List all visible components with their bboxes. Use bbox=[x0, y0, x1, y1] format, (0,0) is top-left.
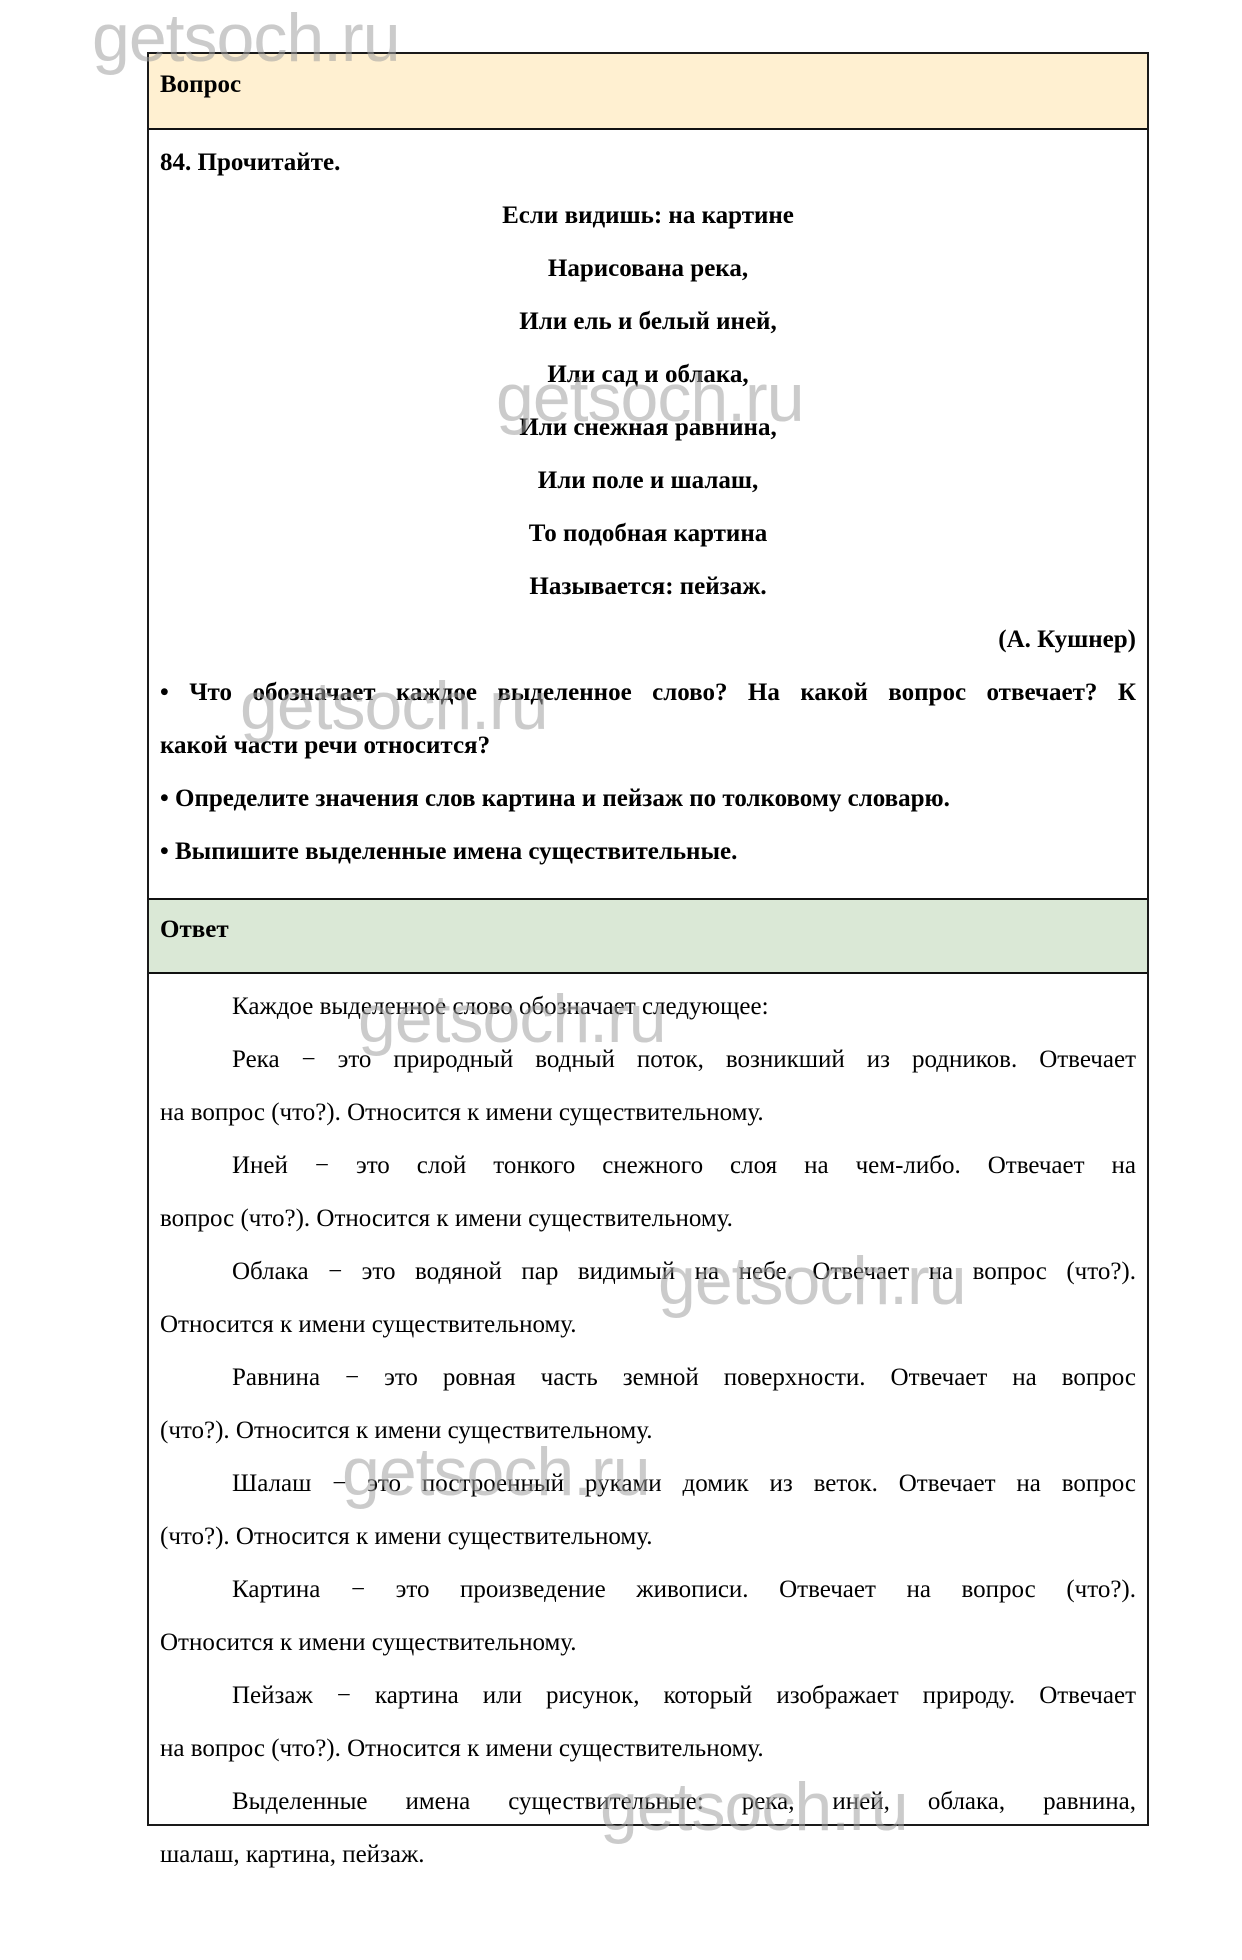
answer-header: Ответ bbox=[149, 898, 1147, 974]
answer-paragraph-oblaka-cont: Относится к имени существительному. bbox=[160, 1298, 1136, 1351]
answer-paragraph-kartina-cont: Относится к имени существительному. bbox=[160, 1616, 1136, 1669]
answer-summary-cont: шалаш, картина, пейзаж. bbox=[160, 1828, 1136, 1881]
answer-intro: Каждое выделенное слово обозначает следу… bbox=[160, 980, 1136, 1033]
answer-paragraph-iney: Иней − это слой тонкого снежного слоя на… bbox=[160, 1139, 1136, 1192]
answer-paragraph-iney-cont: вопрос (что?). Относится к имени существ… bbox=[160, 1192, 1136, 1245]
answer-paragraph-peyzazh: Пейзаж − картина или рисунок, который из… bbox=[160, 1669, 1136, 1722]
question-header-label: Вопрос bbox=[160, 71, 241, 99]
answer-paragraph-kartina: Картина − это произведение живописи. Отв… bbox=[160, 1563, 1136, 1616]
poem-line: Или сад и облака, bbox=[160, 348, 1136, 401]
poem-line: Или поле и шалаш, bbox=[160, 454, 1136, 507]
answer-paragraph-peyzazh-cont: на вопрос (что?). Относится к имени суще… bbox=[160, 1722, 1136, 1775]
poem-line: То подобная картина bbox=[160, 507, 1136, 560]
task-title: 84. Прочитайте. bbox=[160, 136, 1136, 189]
answer-paragraph-shalash-cont: (что?). Относится к имени существительно… bbox=[160, 1510, 1136, 1563]
bullet-question-1-cont: какой части речи относится? bbox=[160, 719, 1136, 772]
answer-paragraph-ravnina: Равнина − это ровная часть земной поверх… bbox=[160, 1351, 1136, 1404]
poem-line: Если видишь: на картине bbox=[160, 189, 1136, 242]
answer-body: Каждое выделенное слово обозначает следу… bbox=[149, 974, 1147, 1824]
bullet-question-1: • Что обозначает каждое выделенное слово… bbox=[160, 666, 1136, 719]
question-body: 84. Прочитайте. Если видишь: на картине … bbox=[149, 130, 1147, 898]
poem-line: Нарисована река, bbox=[160, 242, 1136, 295]
answer-paragraph-oblaka: Облака − это водяной пар видимый на небе… bbox=[160, 1245, 1136, 1298]
answer-summary: Выделенные имена существительные: река, … bbox=[160, 1775, 1136, 1828]
answer-header-label: Ответ bbox=[160, 916, 229, 944]
poem-author: (А. Кушнер) bbox=[160, 613, 1136, 666]
poem-line: Или ель и белый иней, bbox=[160, 295, 1136, 348]
poem-line: Или снежная равнина, bbox=[160, 401, 1136, 454]
poem-line: Называется: пейзаж. bbox=[160, 560, 1136, 613]
bullet-question-2: • Определите значения слов картина и пей… bbox=[160, 772, 1136, 825]
question-header: Вопрос bbox=[149, 54, 1147, 130]
answer-paragraph-shalash: Шалаш − это построенный руками домик из … bbox=[160, 1457, 1136, 1510]
answer-paragraph-reka-cont: на вопрос (что?). Относится к имени суще… bbox=[160, 1086, 1136, 1139]
answer-paragraph-reka: Река − это природный водный поток, возни… bbox=[160, 1033, 1136, 1086]
qa-table: Вопрос 84. Прочитайте. Если видишь: на к… bbox=[147, 52, 1149, 1826]
answer-paragraph-ravnina-cont: (что?). Относится к имени существительно… bbox=[160, 1404, 1136, 1457]
bullet-question-3: • Выпишите выделенные имена существитель… bbox=[160, 825, 1136, 878]
